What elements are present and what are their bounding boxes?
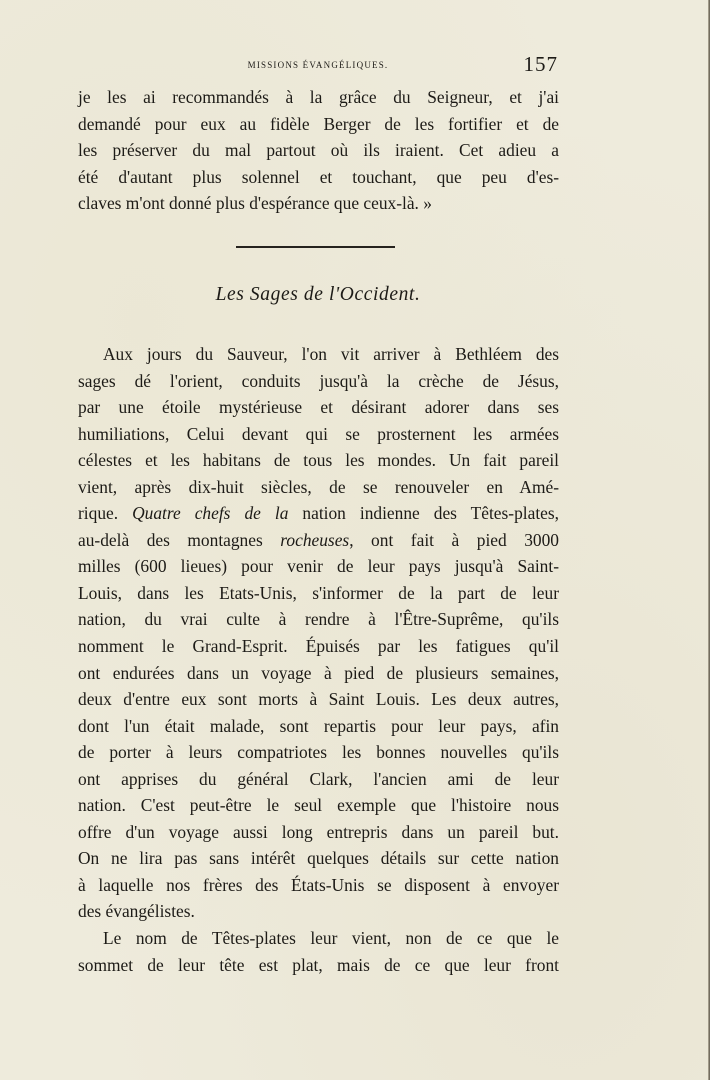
running-header: MISSIONS ÉVANGÉLIQUES. 157	[78, 54, 558, 76]
text-line: Louis, dans les Etats-Unis, s'informer d…	[78, 580, 559, 607]
italic-run: Quatre chefs de la	[132, 503, 288, 523]
text-line: célestes et les habitans de tous les mon…	[78, 447, 559, 474]
text-line: je les ai recommandés à la grâce du Seig…	[78, 84, 559, 111]
text-line-mixed: au-delà des montagnes rocheuses, ont fai…	[78, 527, 559, 554]
text-line-mixed: rique. Quatre chefs de la nation indienn…	[78, 500, 559, 527]
text-line: On ne lira pas sans intérêt quelques dét…	[78, 845, 559, 872]
text-line: deux d'entre eux sont morts à Saint Loui…	[78, 686, 559, 713]
text-line: Le nom de Têtes-plates leur vient, non d…	[78, 925, 559, 952]
continuation-paragraph: je les ai recommandés à la grâce du Seig…	[78, 84, 559, 217]
page-number: 157	[524, 52, 559, 77]
running-title: MISSIONS ÉVANGÉLIQUES.	[78, 57, 558, 72]
text-line: nation. C'est peut-être le seul exemple …	[78, 792, 559, 819]
text-line: par une étoile mystérieuse et désirant a…	[78, 394, 559, 421]
section-body: Aux jours du Sauveur, l'on vit arriver à…	[78, 341, 559, 978]
text-line: les préserver du mal partout où ils irai…	[78, 137, 559, 164]
text-line: humiliations, Celui devant qui se proste…	[78, 421, 559, 448]
text-run: nation indienne des Têtes-plates,	[288, 503, 559, 523]
text-line: Aux jours du Sauveur, l'on vit arriver à…	[78, 341, 559, 368]
section-heading: Les Sages de l'Occident.	[78, 284, 558, 306]
text-line: nomment le Grand-Esprit. Épuisés par les…	[78, 633, 559, 660]
text-line: à laquelle nos frères des États-Unis se …	[78, 872, 559, 899]
italic-run: rocheuses	[280, 530, 349, 550]
text-line: nation, du vrai culte à rendre à l'Être-…	[78, 606, 559, 633]
section-divider-rule	[236, 246, 395, 248]
text-line: sommet de leur tête est plat, mais de ce…	[78, 952, 559, 979]
text-line: ont endurées dans un voyage à pied de pl…	[78, 660, 559, 687]
text-line: de porter à leurs compatriotes les bonne…	[78, 739, 559, 766]
text-run: rique.	[78, 503, 132, 523]
text-line: offre d'un voyage aussi long entrepris d…	[78, 819, 559, 846]
text-line: dont l'un était malade, sont repartis po…	[78, 713, 559, 740]
text-line: milles (600 lieues) pour venir de leur p…	[78, 553, 559, 580]
text-run: , ont fait à pied 3000	[349, 530, 559, 550]
text-line: ont apprises du général Clark, l'ancien …	[78, 766, 559, 793]
text-run: au-delà des montagnes	[78, 530, 280, 550]
text-line: demandé pour eux au fidèle Berger de les…	[78, 111, 559, 138]
text-line: vient, après dix-huit siècles, de se ren…	[78, 474, 559, 501]
text-line: claves m'ont donné plus d'espérance que …	[78, 190, 559, 217]
text-line: des évangélistes.	[78, 898, 559, 925]
text-line: été d'autant plus solennel et touchant, …	[78, 164, 559, 191]
book-page: MISSIONS ÉVANGÉLIQUES. 157 je les ai rec…	[0, 0, 710, 1080]
text-line: sages dé l'orient, conduits jusqu'à la c…	[78, 368, 559, 395]
